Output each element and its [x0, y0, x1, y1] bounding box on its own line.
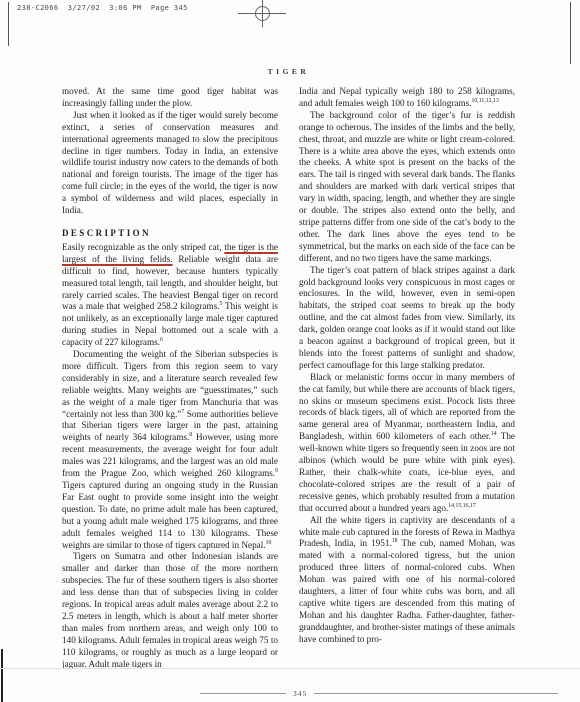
- footnote-reference: 10,11,12,13: [472, 98, 499, 104]
- body-paragraph: Black or melanistic forms occur in many …: [299, 372, 515, 515]
- right-column: India and Nepal typically weigh 180 to 2…: [299, 86, 515, 671]
- page-edge-shadow: [0, 668, 580, 669]
- folio-rule-left: [200, 693, 286, 694]
- body-paragraph: India and Nepal typically weigh 180 to 2…: [299, 86, 515, 110]
- body-paragraph: Tigers on Sumatra and other Indonesian i…: [62, 551, 278, 670]
- body-paragraph: The tiger’s coat pattern of black stripe…: [299, 265, 515, 372]
- body-paragraph: Just when it looked as if the tiger woul…: [62, 110, 278, 217]
- left-column: moved. At the same time good tiger habit…: [62, 86, 278, 671]
- footnote-reference: 5: [219, 301, 222, 307]
- page-footer: 345: [200, 687, 558, 699]
- footnote-reference: 14: [491, 431, 497, 437]
- print-slug: 238-C2066 3/27/02 3:06 PM Page 345: [17, 4, 188, 12]
- folio-rule-right: [314, 693, 558, 694]
- body-paragraph: moved. At the same time good tiger habit…: [62, 86, 278, 110]
- body-paragraph: All the white tigers in captivity are de…: [299, 515, 515, 646]
- footnote-reference: 8: [189, 432, 192, 438]
- section-heading: DESCRIPTION: [62, 228, 278, 240]
- body-paragraph: Documenting the weight of the Siberian s…: [62, 349, 278, 551]
- footnote-reference: 10: [266, 539, 272, 545]
- registration-mark-circle: [255, 6, 270, 21]
- crop-mark-top-right: [570, 2, 571, 64]
- page-number: 345: [286, 689, 314, 698]
- crop-mark-bottom-left: [1, 649, 3, 702]
- footnote-reference: 7: [181, 409, 184, 415]
- body-paragraph: The background color of the tiger’s fur …: [299, 110, 515, 265]
- red-underlined-phrase: the tiger is the largest of the living f…: [62, 242, 278, 264]
- footnote-reference: 14,15,16,17: [448, 503, 476, 509]
- registration-mark-icon: [238, 0, 286, 27]
- scanned-book-page: 238-C2066 3/27/02 3:06 PM Page 345 TIGER…: [0, 0, 580, 702]
- text-block: moved. At the same time good tiger habit…: [62, 86, 515, 671]
- footnote-reference: 6: [160, 337, 163, 343]
- crop-mark-top-left: [8, 2, 9, 46]
- running-head: TIGER: [62, 67, 515, 76]
- footnote-reference: 18: [392, 538, 398, 544]
- footnote-reference: 9: [275, 468, 278, 474]
- body-paragraph: Easily recognizable as the only striped …: [62, 242, 278, 349]
